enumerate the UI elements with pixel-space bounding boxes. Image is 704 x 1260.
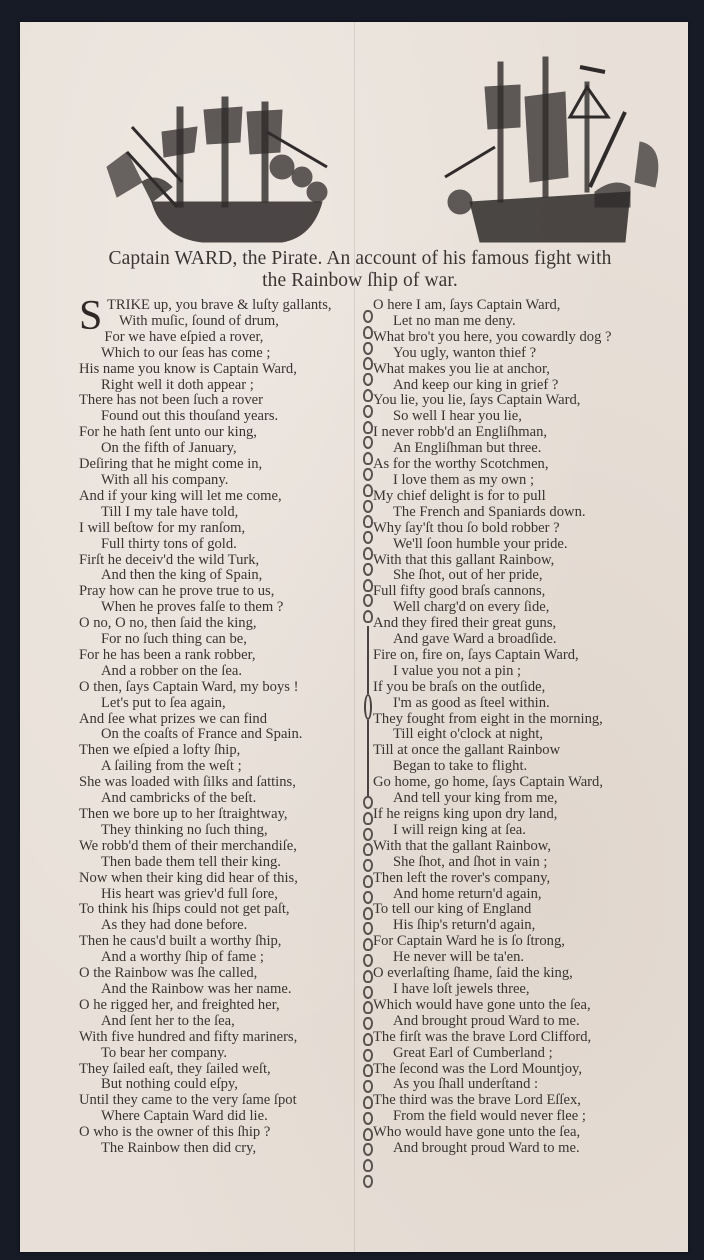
fleuron-ornament-icon (363, 1001, 373, 1014)
verse-line: We'll ſoon humble your pride. (373, 537, 612, 553)
verse-line: O no, O no, then ſaid the king, (79, 616, 332, 632)
verse-line: The firſt was the brave Lord Clifford, (373, 1030, 612, 1046)
verse-line: Then he caus'd built a worthy ſhip, (79, 934, 332, 950)
verse-line: Which would have gone unto the ſea, (373, 998, 612, 1014)
verse-line: She ſhot, out of her pride, (373, 568, 612, 584)
fleuron-ornament-icon (363, 922, 373, 935)
divider-rule (367, 720, 369, 796)
verse-line: If he reigns king upon dry land, (373, 807, 612, 823)
verse-line: Deſiring that he might come in, (79, 457, 332, 473)
fleuron-ornament-icon (363, 326, 373, 339)
fleuron-ornament-icon (363, 389, 373, 402)
fleuron-ornament-icon (363, 563, 373, 576)
fleuron-ornament-icon (363, 970, 373, 983)
verse-line: If you be braſs on the outſide, (373, 680, 612, 696)
fleuron-ornament-icon (363, 828, 373, 841)
verse-line: I have loſt jewels three, (373, 982, 612, 998)
verse-line: And tell your king from me, (373, 791, 612, 807)
verse-line: And cambricks of the beſt. (79, 791, 332, 807)
verse-line: On the coaſts of France and Spain. (79, 727, 332, 743)
verse-line: The French and Spaniards down. (373, 505, 612, 521)
verse-line: You ugly, wanton thief ? (373, 346, 612, 362)
fleuron-ornament-icon (363, 907, 373, 920)
fleuron-ornament-icon (363, 875, 373, 888)
verse-line: So well I hear you lie, (373, 409, 612, 425)
verse-line: From the field would never flee ; (373, 1109, 612, 1125)
left-column-verses: STRIKE up, you brave & luſty gallants,Wi… (79, 298, 332, 1157)
verse-line: Then we eſpied a lofty ſhip, (79, 743, 332, 759)
fleuron-ornament-icon (363, 405, 373, 418)
verse-line: They ſailed eaſt, they ſailed weſt, (79, 1062, 332, 1078)
fleuron-ornament-icon (363, 373, 373, 386)
verse-line: On the fifth of January, (79, 441, 332, 457)
knot-ornament-icon (364, 694, 372, 720)
verse-line: Why ſay'ſt thou ſo bold robber ? (373, 521, 612, 537)
verse-line: Then we bore up to her ſtraightway, (79, 807, 332, 823)
fold-crease (354, 22, 355, 1252)
fleuron-ornament-icon (363, 452, 373, 465)
verse-line: I will beſtow for my ranſom, (79, 521, 332, 537)
fleuron-ornament-icon (363, 610, 373, 623)
fleuron-ornament-icon (363, 1080, 373, 1093)
verse-line: They thinking no ſuch thing, (79, 823, 332, 839)
verse-line: Until they came to the very ſame ſpot (79, 1093, 332, 1109)
fleuron-ornament-icon (363, 547, 373, 560)
fleuron-ornament-icon (363, 468, 373, 481)
fleuron-ornament-icon (363, 796, 373, 809)
verse-line: Who would have gone unto the ſea, (373, 1125, 612, 1141)
fleuron-ornament-icon (363, 1096, 373, 1109)
verse-line: O then, ſays Captain Ward, my boys ! (79, 680, 332, 696)
verse-line: To tell our king of England (373, 902, 612, 918)
verse-line: We robb'd them of their merchandiſe, (79, 839, 332, 855)
verse-line: The Rainbow then did cry, (79, 1141, 332, 1157)
fleuron-ornament-icon (363, 1175, 373, 1188)
verse-line: Till eight o'clock at night, (373, 727, 612, 743)
verse-line: And gave Ward a broadſide. (373, 632, 612, 648)
fleuron-ornament-icon (363, 310, 373, 323)
verse-line: As you ſhall underſtand : (373, 1077, 612, 1093)
verse-line: O the Rainbow was ſhe called, (79, 966, 332, 982)
verse-line: And brought proud Ward to me. (373, 1141, 612, 1157)
verse-line: And the Rainbow was her name. (79, 982, 332, 998)
fleuron-ornament-icon (363, 843, 373, 856)
ship-woodcut-left-icon (82, 52, 332, 252)
verse-line: With muſic, ſound of drum, (107, 314, 332, 330)
verse-line: Which to our ſeas has come ; (79, 346, 332, 362)
verse-line: And a robber on the ſea. (79, 664, 332, 680)
verse-line: Where Captain Ward did lie. (79, 1109, 332, 1125)
verse-line: With that the gallant Rainbow, (373, 839, 612, 855)
fleuron-ornament-icon (363, 1064, 373, 1077)
verse-line: But nothing could eſpy, (79, 1077, 332, 1093)
verse-line: Found out this thouſand years. (79, 409, 332, 425)
verse-line: For he has been a rank robber, (79, 648, 332, 664)
verse-line: They fought from eight in the morning, (373, 712, 612, 728)
fleuron-ornament-icon (363, 1033, 373, 1046)
verse-line: His heart was griev'd full ſore, (79, 887, 332, 903)
verse-line: With all his company. (79, 473, 332, 489)
fleuron-ornament-icon (363, 594, 373, 607)
verse-line: The third was the brave Lord Eſſex, (373, 1093, 612, 1109)
fleuron-ornament-icon (363, 938, 373, 951)
ship-woodcut-right-icon (430, 47, 680, 247)
verse-line: Then left the rover's company, (373, 871, 612, 887)
verse-line: And they fired their great guns, (373, 616, 612, 632)
broadside-sheet: Captain WARD, the Pirate. An account of … (20, 22, 688, 1252)
verse-line: A ſailing from the weſt ; (79, 759, 332, 775)
fleuron-ornament-icon (363, 579, 373, 592)
verse-line: O everlaſting ſhame, ſaid the king, (373, 966, 612, 982)
verse-line: And if your king will let me come, (79, 489, 332, 505)
verse-line: Firſt he deceiv'd the wild Turk, (79, 553, 332, 569)
verse-line: She ſhot, and ſhot in vain ; (373, 855, 612, 871)
fleuron-ornament-icon (363, 954, 373, 967)
fleuron-ornament-icon (363, 1049, 373, 1062)
verse-line: Full thirty tons of gold. (79, 537, 332, 553)
title-line-2: the Rainbow ſhip of war. (60, 270, 660, 292)
verse-line: I never robb'd an Engliſhman, (373, 425, 612, 441)
verse-line: And ſent her to the ſea, (79, 1014, 332, 1030)
verse-line: I value you not a pin ; (373, 664, 612, 680)
verse-line: I love them as my own ; (373, 473, 612, 489)
fleuron-ornament-icon (363, 1143, 373, 1156)
fleuron-ornament-icon (363, 436, 373, 449)
verse-line: And brought proud Ward to me. (373, 1014, 612, 1030)
verse-line: Fire on, fire on, ſays Captain Ward, (373, 648, 612, 664)
verse-line: As for the worthy Scotchmen, (373, 457, 612, 473)
verse-line: You lie, you lie, ſays Captain Ward, (373, 393, 612, 409)
verse-line: Great Earl of Cumberland ; (373, 1046, 612, 1062)
ornamental-divider (360, 310, 376, 1170)
verse-line: And keep our king in grief ? (373, 378, 612, 394)
verse-line: With five hundred and fifty mariners, (79, 1030, 332, 1046)
drop-cap: S (79, 299, 102, 333)
verse-line: What bro't you here, you cowardly dog ? (373, 330, 612, 346)
verse-line: And ſee what prizes we can find (79, 712, 332, 728)
verse-line: I will reign king at ſea. (373, 823, 612, 839)
fleuron-ornament-icon (363, 515, 373, 528)
verse-line: O who is the owner of this ſhip ? (79, 1125, 332, 1141)
verse-line: O here I am, ſays Captain Ward, (373, 298, 612, 314)
verse-line: For Captain Ward he is ſo ſtrong, (373, 934, 612, 950)
verse-line: Began to take to flight. (373, 759, 612, 775)
verse-line: And then the king of Spain, (79, 568, 332, 584)
verse-line: Well charg'd on every ſide, (373, 600, 612, 616)
verse-line: For he hath ſent unto our king, (79, 425, 332, 441)
fleuron-ornament-icon (363, 1017, 373, 1030)
fleuron-ornament-icon (363, 421, 373, 434)
verse-line: As they had done before. (79, 918, 332, 934)
verse-line: The ſecond was the Lord Mountjoy, (373, 1062, 612, 1078)
verse-line: Let's put to ſea again, (79, 696, 332, 712)
verse-line: Go home, go home, ſays Captain Ward, (373, 775, 612, 791)
verse-line: His name you know is Captain Ward, (79, 362, 332, 378)
right-column-verses: O here I am, ſays Captain Ward,Let no ma… (373, 298, 612, 1157)
verse-line: Till at once the gallant Rainbow (373, 743, 612, 759)
divider-rule (367, 626, 369, 694)
verse-line: To think his ſhips could not get paſt, (79, 902, 332, 918)
fleuron-ornament-icon (363, 357, 373, 370)
fleuron-ornament-icon (363, 342, 373, 355)
verse-line: Now when their king did hear of this, (79, 871, 332, 887)
verse-line: There has not been ſuch a rover (79, 393, 332, 409)
verse-line: What makes you lie at anchor, (373, 362, 612, 378)
verse-line: His ſhip's return'd again, (373, 918, 612, 934)
fleuron-ornament-icon (363, 1159, 373, 1172)
verse-line: He never will be ta'en. (373, 950, 612, 966)
verse-line: My chief delight is for to pull (373, 489, 612, 505)
verse-line: She was loaded with ſilks and ſattins, (79, 775, 332, 791)
page-title: Captain WARD, the Pirate. An account of … (60, 248, 660, 292)
verse-line: Right well it doth appear ; (79, 378, 332, 394)
verse-line: When he proves falſe to them ? (79, 600, 332, 616)
fleuron-ornament-icon (363, 1112, 373, 1125)
fleuron-ornament-icon (363, 986, 373, 999)
fleuron-ornament-icon (363, 1128, 373, 1141)
verse-line: Pray how can he prove true to us, (79, 584, 332, 600)
verse-line: Till I my tale have told, (79, 505, 332, 521)
verse-line: For we have eſpied a rover, (79, 330, 332, 346)
fleuron-ornament-icon (363, 500, 373, 513)
verse-line: An Engliſhman but three. (373, 441, 612, 457)
verse-line: Full fifty good braſs cannons, (373, 584, 612, 600)
verse-line: With that this gallant Rainbow, (373, 553, 612, 569)
fleuron-ornament-icon (363, 531, 373, 544)
verse-line: TRIKE up, you brave & luſty gallants, (107, 298, 332, 314)
verse-line: To bear her company. (79, 1046, 332, 1062)
verse-line: I'm as good as ſteel within. (373, 696, 612, 712)
verse-line: O he rigged her, and freighted her, (79, 998, 332, 1014)
fleuron-ornament-icon (363, 812, 373, 825)
verse-line: Let no man me deny. (373, 314, 612, 330)
title-line-1: Captain WARD, the Pirate. An account of … (60, 248, 660, 270)
fleuron-ornament-icon (363, 891, 373, 904)
fleuron-ornament-icon (363, 484, 373, 497)
verse-line: For no ſuch thing can be, (79, 632, 332, 648)
verse-line: And home return'd again, (373, 887, 612, 903)
verse-line: Then bade them tell their king. (79, 855, 332, 871)
fleuron-ornament-icon (363, 859, 373, 872)
verse-line: And a worthy ſhip of fame ; (79, 950, 332, 966)
